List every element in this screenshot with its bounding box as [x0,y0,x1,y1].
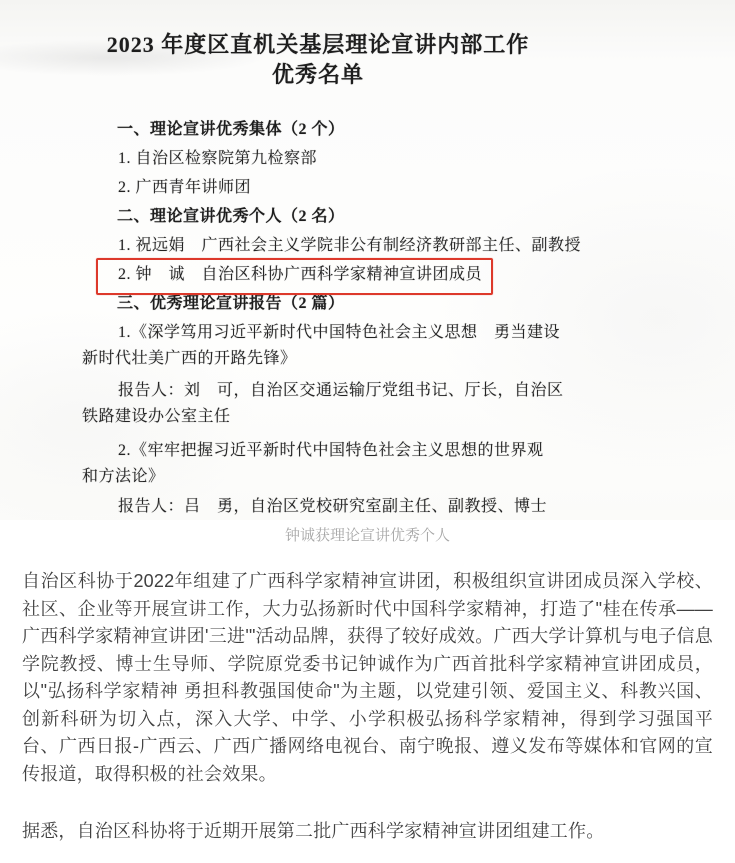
red-highlight-box [96,258,493,295]
list-item: 2. 广西青年讲师团 [118,173,554,202]
report-title-wrap-line: 新时代壮美广西的开路先锋》 [82,347,554,371]
reporter-line: 报告人：吕 勇，自治区党校研究室副主任、副教授、博士 [118,492,554,520]
document-title-line2: 优秀名单 [82,60,554,90]
document-scan: 2023 年度区直机关基层理论宣讲内部工作 优秀名单 一、理论宣讲优秀集体（2 … [0,0,735,520]
article-body: 自治区科协于2022年组建了广西科学家精神宣讲团，积极组织宣讲团成员深入学校、社… [0,568,735,846]
report-title-line: 1.《深学笃用习近平新时代中国特色社会主义思想 勇当建设 [118,318,554,347]
report-title-wrap-line: 和方法论》 [82,465,554,489]
photo-caption: 钟诚获理论宣讲优秀个人 [0,526,735,546]
document-title-line1: 2023 年度区直机关基层理论宣讲内部工作 [82,30,554,60]
report-title-line: 2.《牢牢把握习近平新时代中国特色社会主义思想的世界观 [118,436,554,465]
article-page: { "scan": { "title_line1": "2023 年度区直机关基… [0,0,735,863]
list-item: 1. 自治区检察院第九检察部 [118,144,554,173]
document-title: 2023 年度区直机关基层理论宣讲内部工作 优秀名单 [82,30,554,90]
article-paragraph: 自治区科协于2022年组建了广西科学家精神宣讲团，积极组织宣讲团成员深入学校、社… [22,568,713,788]
article-paragraph: 据悉，自治区科协将于近期开展第二批广西科学家精神宣讲团组建工作。 [22,818,713,846]
reporter-wrap-line: 铁路建设办公室主任 [82,405,554,429]
section-heading-collectives: 一、理论宣讲优秀集体（2 个） [117,115,554,144]
section-heading-individuals: 二、理论宣讲优秀个人（2 名） [117,202,554,231]
reporter-line: 报告人：刘 可，自治区交通运输厅党组书记、厅长，自治区 [118,376,554,405]
list-item: 1. 祝远娟 广西社会主义学院非公有制经济教研部主任、副教授 [118,231,554,260]
